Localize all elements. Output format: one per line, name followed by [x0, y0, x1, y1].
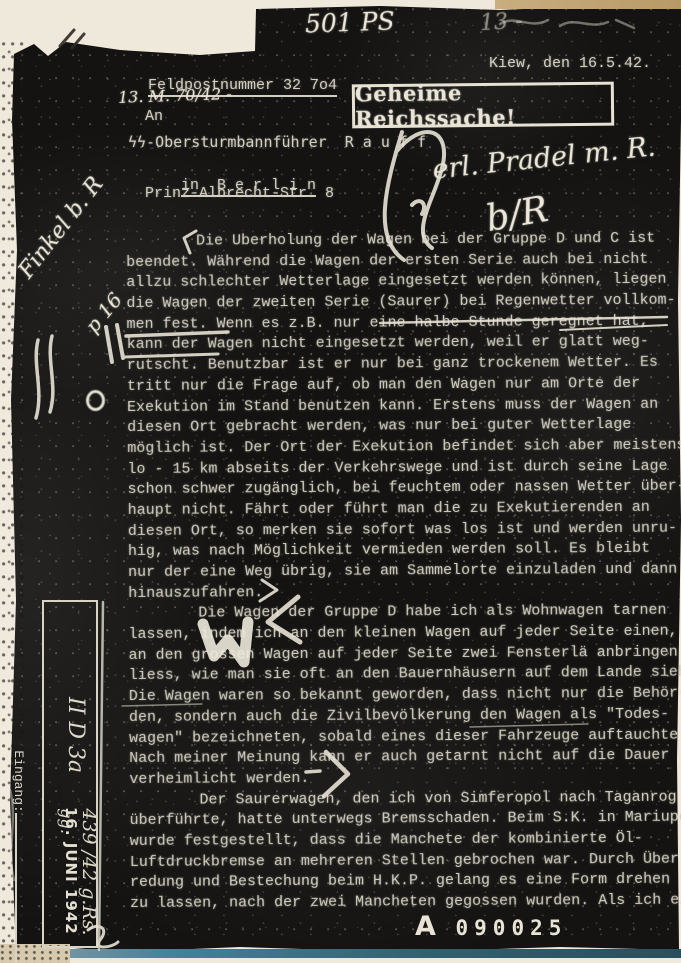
body-line: nur der eine Weg übrig, sie am Sammelort… [128, 560, 681, 584]
punch-hole [86, 390, 105, 411]
page-stamp-letter: A [415, 911, 436, 942]
secrecy-stamp: Geheime Reichssache! [352, 82, 614, 129]
body-line: den, sondern auch die Zivilbevölkerung d… [129, 704, 681, 728]
address-recipient: ϟϟ-Obersturmbannführer R a u f f [128, 133, 426, 151]
address-salutation: An [145, 108, 163, 125]
receipt-date-stamp: 16. JUNI 1942 [62, 807, 80, 935]
body-line: Die Uberholung der Wagen bei der Gruppe … [126, 229, 681, 253]
exhibit-number-annotation: 501 PS [305, 6, 396, 38]
letter-body: Die Uberholung der Wagen bei der Gruppe … [126, 229, 681, 915]
bottom-edge-strip [40, 949, 681, 958]
top-edge-strip [495, 0, 681, 9]
body-line: möglich ist. Der Ort der Exekution befin… [127, 435, 681, 459]
handwritten-file-ref: 13. M. 70/42 - [118, 84, 232, 107]
address-street: Prinz-Albrecht-Str. 8 [145, 185, 334, 202]
page-number-stamp: A 090025 [415, 911, 567, 942]
body-line: wurde festgestellt, dass die Manchete de… [130, 829, 681, 853]
page-stamp-number: 090025 [456, 916, 568, 940]
document-scan: 501 PS 13 - Feldpostnummer 32 7o4 13. M.… [0, 0, 681, 963]
receipt-unit: II D 3a [63, 697, 88, 773]
receipt-stamp-box: II D 3a 16. JUNI 1942 [42, 600, 98, 948]
body-line: Nach meiner Meinung kann er auch getarnt… [129, 746, 681, 770]
receipt-stamp-group: 439 /42 g.Rs. gg. II D 3a 16. JUNI 1942 … [24, 600, 120, 950]
secrecy-stamp-text: Geheime Reichssache! [355, 79, 612, 132]
place-date-line: Kiew, den 16.5.42. [489, 55, 651, 72]
top-scribble-annotation: 13 - [479, 9, 523, 36]
body-line: tritt nur die Frage auf, ob man den Wage… [127, 373, 681, 397]
body-line: haupt nicht. Fährt oder führt man die zu… [128, 498, 681, 522]
receipt-label: Eingang: [0, 688, 42, 963]
body-line: zu lassen, nach der zwei Mancheten gegos… [130, 891, 681, 915]
